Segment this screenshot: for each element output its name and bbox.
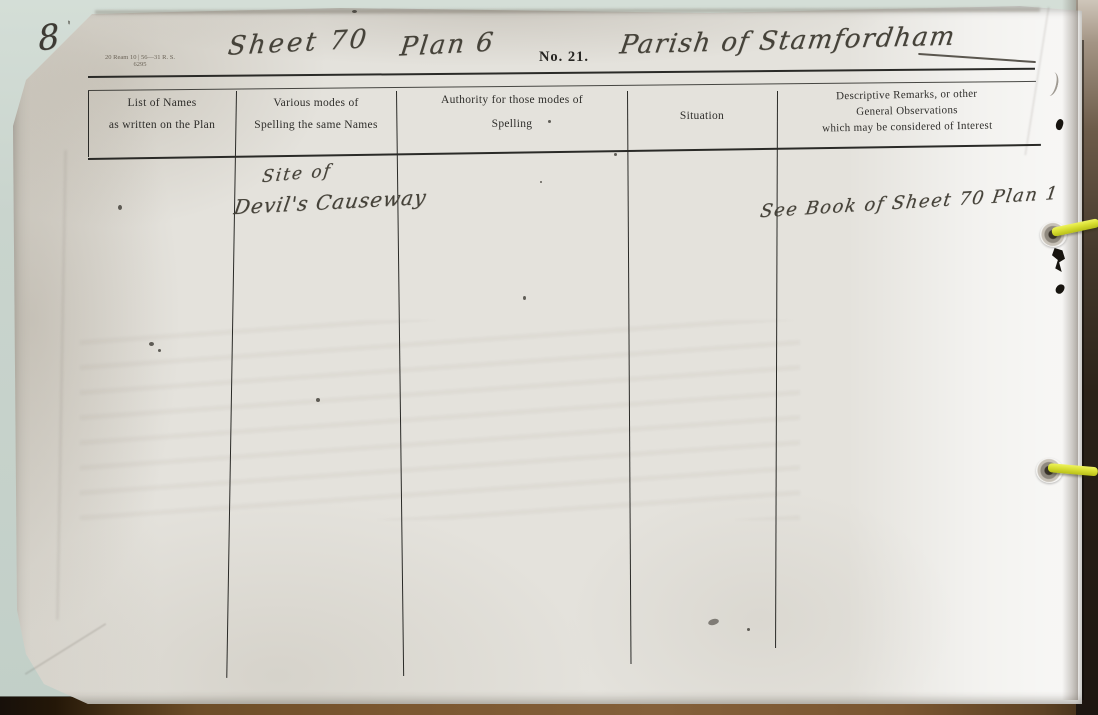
header-line: as written on the Plan bbox=[88, 119, 236, 131]
form-code-line2: 6295 bbox=[90, 61, 190, 68]
header-line: General Observations bbox=[778, 103, 1036, 120]
ink-speck bbox=[614, 153, 617, 156]
column-header-list-of-names: List of Names as written on the Plan bbox=[88, 97, 236, 131]
form-code-line1: 20 Ream 10 | 56—31 R. S. bbox=[90, 54, 190, 61]
column-header-situation: Situation bbox=[628, 110, 776, 124]
ink-speck bbox=[149, 342, 154, 346]
ink-speck bbox=[747, 628, 750, 631]
header-line: List of Names bbox=[88, 97, 236, 109]
ink-speck bbox=[118, 205, 122, 210]
column-header-various-spellings: Various modes of Spelling the same Names bbox=[237, 97, 395, 131]
ink-speck bbox=[523, 296, 526, 300]
pen-tick-mark: ` bbox=[58, 17, 73, 36]
ink-speck bbox=[548, 120, 551, 123]
column-header-authority: Authority for those modes of Spelling bbox=[397, 94, 627, 130]
ink-speck bbox=[540, 181, 542, 183]
column-header-descriptive-remarks: Descriptive Remarks, or other General Ob… bbox=[778, 87, 1037, 135]
ink-speck bbox=[158, 349, 161, 352]
header-line: Authority for those modes of bbox=[397, 94, 627, 106]
scanned-name-book-page: 8 ` 20 Ream 10 | 56—31 R. S. 6295 Sheet … bbox=[0, 0, 1098, 715]
ink-speck bbox=[316, 398, 320, 402]
printed-form-code: 20 Ream 10 | 56—31 R. S. 6295 bbox=[90, 54, 190, 68]
header-line: Spelling bbox=[397, 118, 627, 130]
header-line: Situation bbox=[628, 110, 776, 122]
printed-entry-number: No. 21. bbox=[534, 49, 594, 66]
ink-speck bbox=[352, 10, 357, 13]
header-line: Various modes of bbox=[237, 97, 395, 109]
book-spine-shadow bbox=[1082, 40, 1084, 700]
page-right-fold-shadow bbox=[1062, 0, 1078, 700]
header-line: Spelling the same Names bbox=[237, 119, 395, 131]
handwritten-plan-number: Plan 6 bbox=[398, 27, 496, 62]
handwritten-page-number: 8 bbox=[37, 16, 61, 60]
paper-showthrough-texture bbox=[80, 320, 800, 520]
